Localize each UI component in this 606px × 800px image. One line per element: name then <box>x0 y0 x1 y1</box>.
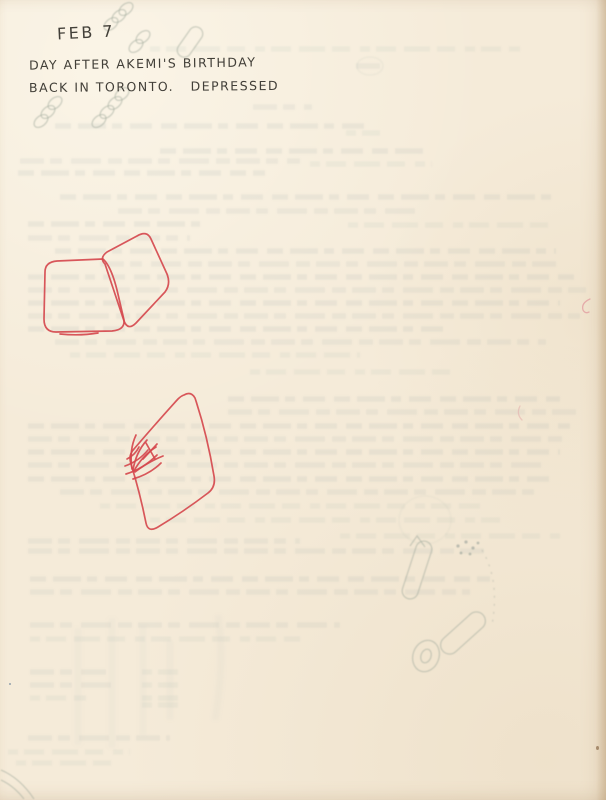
date-heading: FEB 7 <box>57 21 116 43</box>
dot-cluster-doodle <box>456 540 479 555</box>
capsule-doodles-bottom <box>400 536 494 675</box>
note-line-2: BACK IN TORONTO. DEPRESSED <box>29 78 279 95</box>
pencil-doodles <box>1 0 494 799</box>
paper-speck <box>596 746 599 750</box>
journal-page: FEB 7 DAY AFTER AKEMI'S BIRTHDAY BACK IN… <box>0 0 606 800</box>
red-diamond-web-sketch <box>125 394 214 530</box>
note-line-1: DAY AFTER AKEMI'S BIRTHDAY <box>29 54 257 72</box>
red-box-sketch <box>44 234 169 335</box>
corner-arcs-doodle <box>1 770 34 799</box>
red-c-squiggle <box>518 299 590 420</box>
bleed-through-vertical-strokes <box>78 615 221 748</box>
bleed-through-layer <box>8 49 586 763</box>
web-hatching <box>125 435 163 479</box>
paper-speck <box>9 683 11 685</box>
page-artwork <box>0 0 606 800</box>
